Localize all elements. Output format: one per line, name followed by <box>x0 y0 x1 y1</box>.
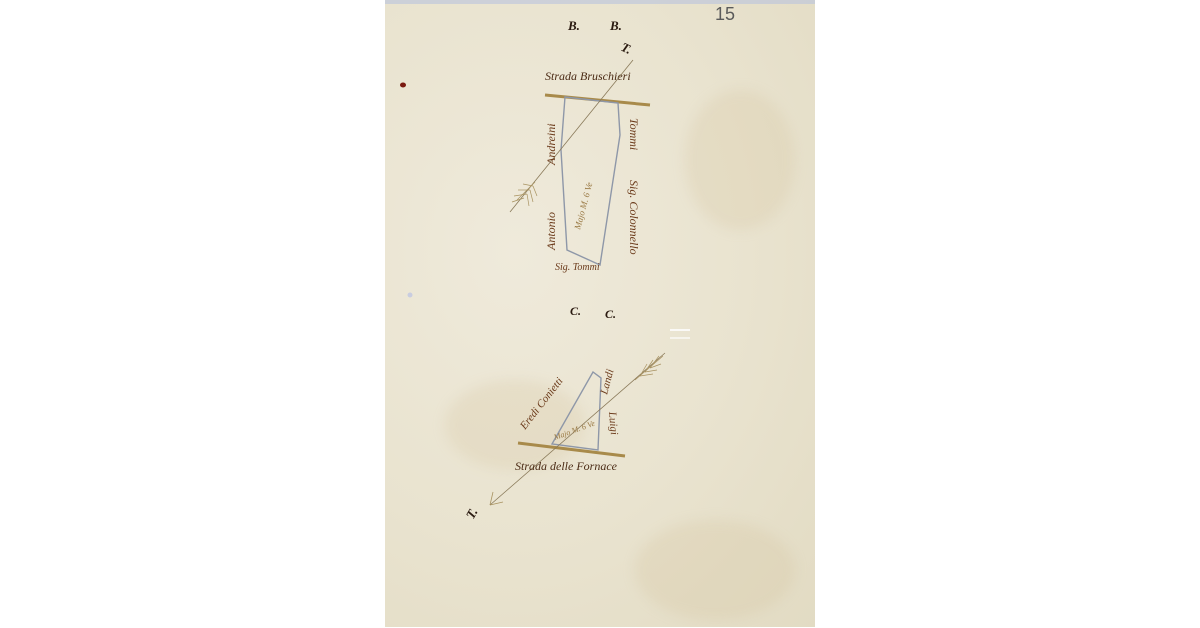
owner-left-upper: Andreini <box>544 123 558 166</box>
parcel-label-c: Majo M. 6 Ve <box>552 419 597 443</box>
owner-right-upper: Tommi <box>627 118 641 150</box>
parcel-outline-b <box>561 97 620 265</box>
direction-label-top: T. <box>619 39 634 57</box>
section-label-c-right: C. <box>605 307 616 321</box>
manuscript-page: 15 B. B. T. Strada Bruschieri Andreini A… <box>385 0 815 627</box>
section-label-c-left: C. <box>570 304 581 318</box>
owner-bottom: Sig. Tommi <box>555 262 600 273</box>
road-line-bottom <box>518 443 625 456</box>
section-label-b-left: B. <box>567 18 580 33</box>
owner-right-lower: Sig. Colonnello <box>627 180 641 255</box>
owner-right-upper-c: Landi <box>598 368 616 397</box>
survey-drawing: 15 B. B. T. Strada Bruschieri Andreini A… <box>385 0 815 627</box>
paper-speck <box>408 293 413 298</box>
ink-blot <box>400 83 406 88</box>
page-number: 15 <box>715 4 735 24</box>
owner-left-lower: Antonio <box>544 212 558 251</box>
section-label-b-right: B. <box>609 18 622 33</box>
road-label-bottom: Strada delle Fornace <box>515 459 618 473</box>
owner-right-lower-c: Luigi <box>606 410 620 435</box>
direction-label-bottom: T. <box>463 505 481 521</box>
parcel-label-b: Majo M. 6 Ve <box>572 181 594 231</box>
road-label-top: Strada Bruschieri <box>545 69 631 83</box>
feather-arrow-c <box>635 356 663 380</box>
owner-left-c: Eredi Conietti <box>517 375 565 432</box>
